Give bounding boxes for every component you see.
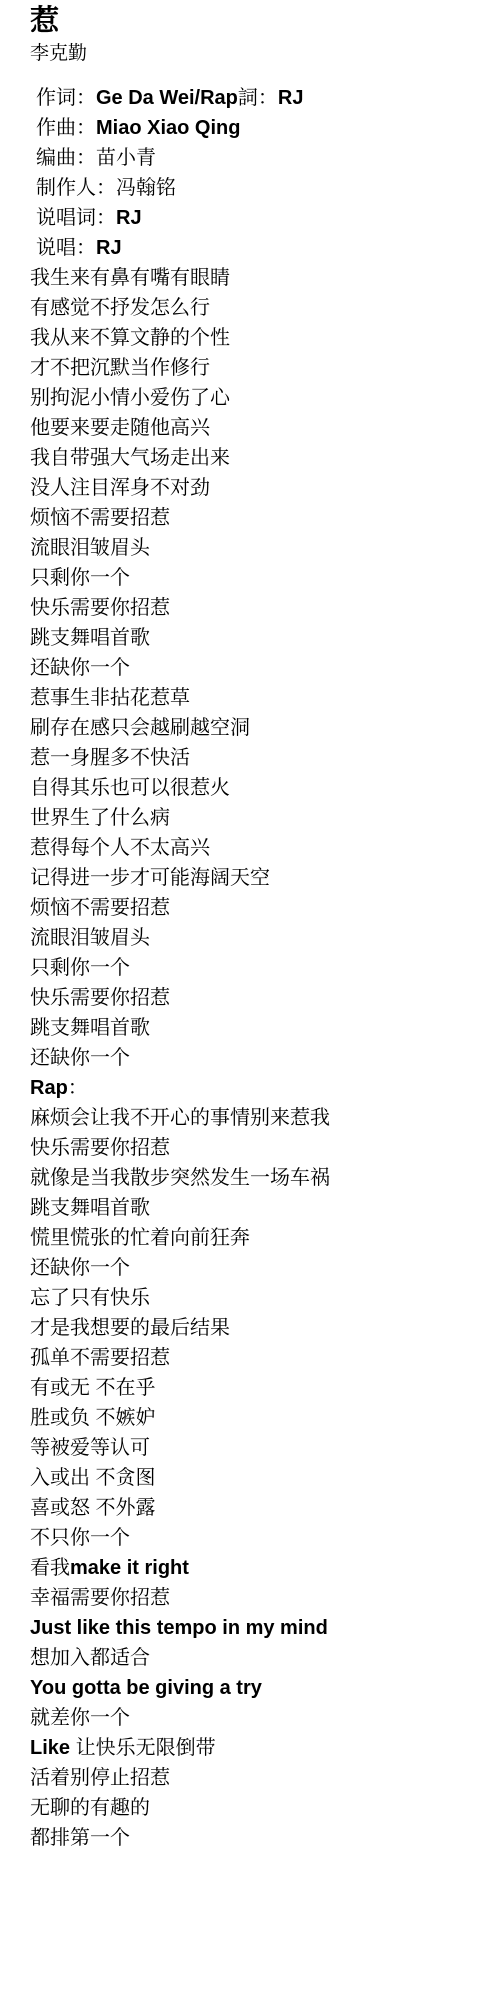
lyric-line: 惹一身腥多不快活 [30, 743, 490, 773]
lyric-line: 我生来有鼻有嘴有眼睛 [30, 263, 490, 293]
lyric-line: 等被爱等认可 [30, 1433, 490, 1463]
lyric-line: 没人注目浑身不对劲 [30, 473, 490, 503]
lyric-line: 有或无 不在乎 [30, 1373, 490, 1403]
lyric-line: 烦恼不需要招惹 [30, 893, 490, 923]
lyric-line: 快乐需要你招惹 [30, 1133, 490, 1163]
artist-name: 李克勤 [30, 40, 490, 67]
lyrics-block: 我生来有鼻有嘴有眼睛有感觉不抒发怎么行我从来不算文静的个性才不把沉默当作修行别拘… [30, 263, 490, 1853]
lyric-line: 烦恼不需要招惹 [30, 503, 490, 533]
lyric-line: 都排第一个 [30, 1823, 490, 1853]
lyric-line: 有感觉不抒发怎么行 [30, 293, 490, 323]
lyric-line: 流眼泪皱眉头 [30, 923, 490, 953]
lyric-line: Just like this tempo in my mind [30, 1613, 490, 1643]
lyric-line: 跳支舞唱首歌 [30, 623, 490, 653]
lyric-line: 孤单不需要招惹 [30, 1343, 490, 1373]
lyric-line: 入或出 不贪图 [30, 1463, 490, 1493]
lyric-line: 就差你一个 [30, 1703, 490, 1733]
credit-line: 作词：Ge Da Wei/Rap詞：RJ [30, 83, 490, 113]
lyric-line: 才不把沉默当作修行 [30, 353, 490, 383]
lyric-line: 只剩你一个 [30, 563, 490, 593]
lyric-line: 我从来不算文静的个性 [30, 323, 490, 353]
lyric-line: 别拘泥小情小爱伤了心 [30, 383, 490, 413]
credit-line: 制作人：冯翰铭 [30, 173, 490, 203]
credit-line: 编曲：苗小青 [30, 143, 490, 173]
lyric-line: 快乐需要你招惹 [30, 983, 490, 1013]
lyric-line: 只剩你一个 [30, 953, 490, 983]
latin-text: Ge Da Wei/Rap [96, 87, 238, 109]
lyric-line: 想加入都适合 [30, 1643, 490, 1673]
lyric-line: 跳支舞唱首歌 [30, 1193, 490, 1223]
lyric-line: 忘了只有快乐 [30, 1283, 490, 1313]
lyric-line: 喜或怒 不外露 [30, 1493, 490, 1523]
lyric-line: 跳支舞唱首歌 [30, 1013, 490, 1043]
lyric-line: 无聊的有趣的 [30, 1793, 490, 1823]
latin-text: Just like this tempo in my mind [30, 1617, 328, 1639]
lyric-line: 活着别停止招惹 [30, 1763, 490, 1793]
credits-block: 作词：Ge Da Wei/Rap詞：RJ作曲：Miao Xiao Qing编曲：… [30, 83, 490, 263]
latin-text: Rap [30, 1077, 68, 1099]
song-title: 惹 [30, 3, 490, 40]
credit-line: 作曲：Miao Xiao Qing [30, 113, 490, 143]
lyric-line: 就像是当我散步突然发生一场车祸 [30, 1163, 490, 1193]
latin-text: RJ [96, 237, 122, 259]
lyric-line: 还缺你一个 [30, 1043, 490, 1073]
latin-text: RJ [116, 207, 142, 229]
credit-line: 说唱词：RJ [30, 203, 490, 233]
lyric-line: 我自带强大气场走出来 [30, 443, 490, 473]
lyric-line: 不只你一个 [30, 1523, 490, 1553]
lyric-line: 惹事生非拈花惹草 [30, 683, 490, 713]
lyric-line: 记得进一步才可能海阔天空 [30, 863, 490, 893]
lyric-line: You gotta be giving a try [30, 1673, 490, 1703]
latin-text: You gotta be giving a try [30, 1677, 262, 1699]
lyric-line: 幸福需要你招惹 [30, 1583, 490, 1613]
lyric-line: 慌里慌张的忙着向前狂奔 [30, 1223, 490, 1253]
lyric-line: Like 让快乐无限倒带 [30, 1733, 490, 1763]
latin-text: RJ [278, 87, 304, 109]
lyric-line: 自得其乐也可以很惹火 [30, 773, 490, 803]
lyric-line: 看我make it right [30, 1553, 490, 1583]
lyric-line: 还缺你一个 [30, 653, 490, 683]
latin-text: Miao Xiao Qing [96, 117, 240, 139]
lyric-line: 刷存在感只会越刷越空洞 [30, 713, 490, 743]
lyric-line: 麻烦会让我不开心的事情别来惹我 [30, 1103, 490, 1133]
lyric-line: 胜或负 不嫉妒 [30, 1403, 490, 1433]
lyric-line: 世界生了什么病 [30, 803, 490, 833]
lyric-line: Rap： [30, 1073, 490, 1103]
lyric-line: 才是我想要的最后结果 [30, 1313, 490, 1343]
lyric-line: 流眼泪皱眉头 [30, 533, 490, 563]
lyric-line: 快乐需要你招惹 [30, 593, 490, 623]
latin-text: make it right [70, 1557, 189, 1579]
latin-text: Like [30, 1737, 70, 1759]
lyric-line: 还缺你一个 [30, 1253, 490, 1283]
credit-line: 说唱：RJ [30, 233, 490, 263]
lyric-line: 惹得每个人不太高兴 [30, 833, 490, 863]
lyric-line: 他要来要走随他高兴 [30, 413, 490, 443]
